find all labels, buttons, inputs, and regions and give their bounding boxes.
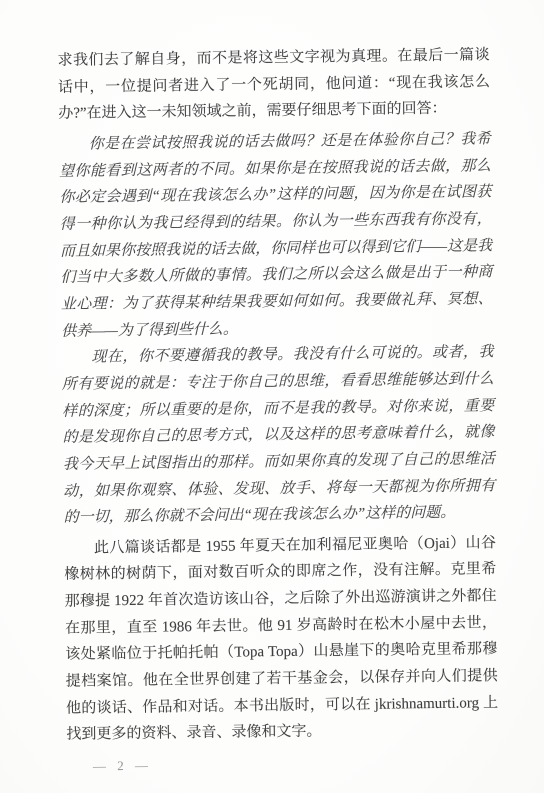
book-page: 求我们去了解自身，而不是将这些文字视为真理。在最后一篇谈话中，一位提问者进入了一… <box>0 0 544 793</box>
paragraph-continuation: 求我们去了解自身，而不是将这些文字视为真理。在最后一篇谈话中，一位提问者进入了一… <box>57 42 490 128</box>
page-text-block: 求我们去了解自身，而不是将这些文字视为真理。在最后一篇谈话中，一位提问者进入了一… <box>57 42 498 749</box>
page-number: — 2 — <box>93 758 152 775</box>
quote-paragraph-1: 你是在尝试按照我说的话去做吗？还是在体验你自己？我希望你能看到这两者的不同。如果… <box>59 126 494 345</box>
quote-paragraph-2: 现在，你不要遵循我的教导。我没有什么可说的。或者，我所有要说的就是：专注于你自己… <box>61 339 495 531</box>
paragraph-colophon: 此八篇谈话都是 1955 年夏天在加利福尼亚奥哈（Ojai）山谷橡树林的树荫下，… <box>64 530 499 749</box>
